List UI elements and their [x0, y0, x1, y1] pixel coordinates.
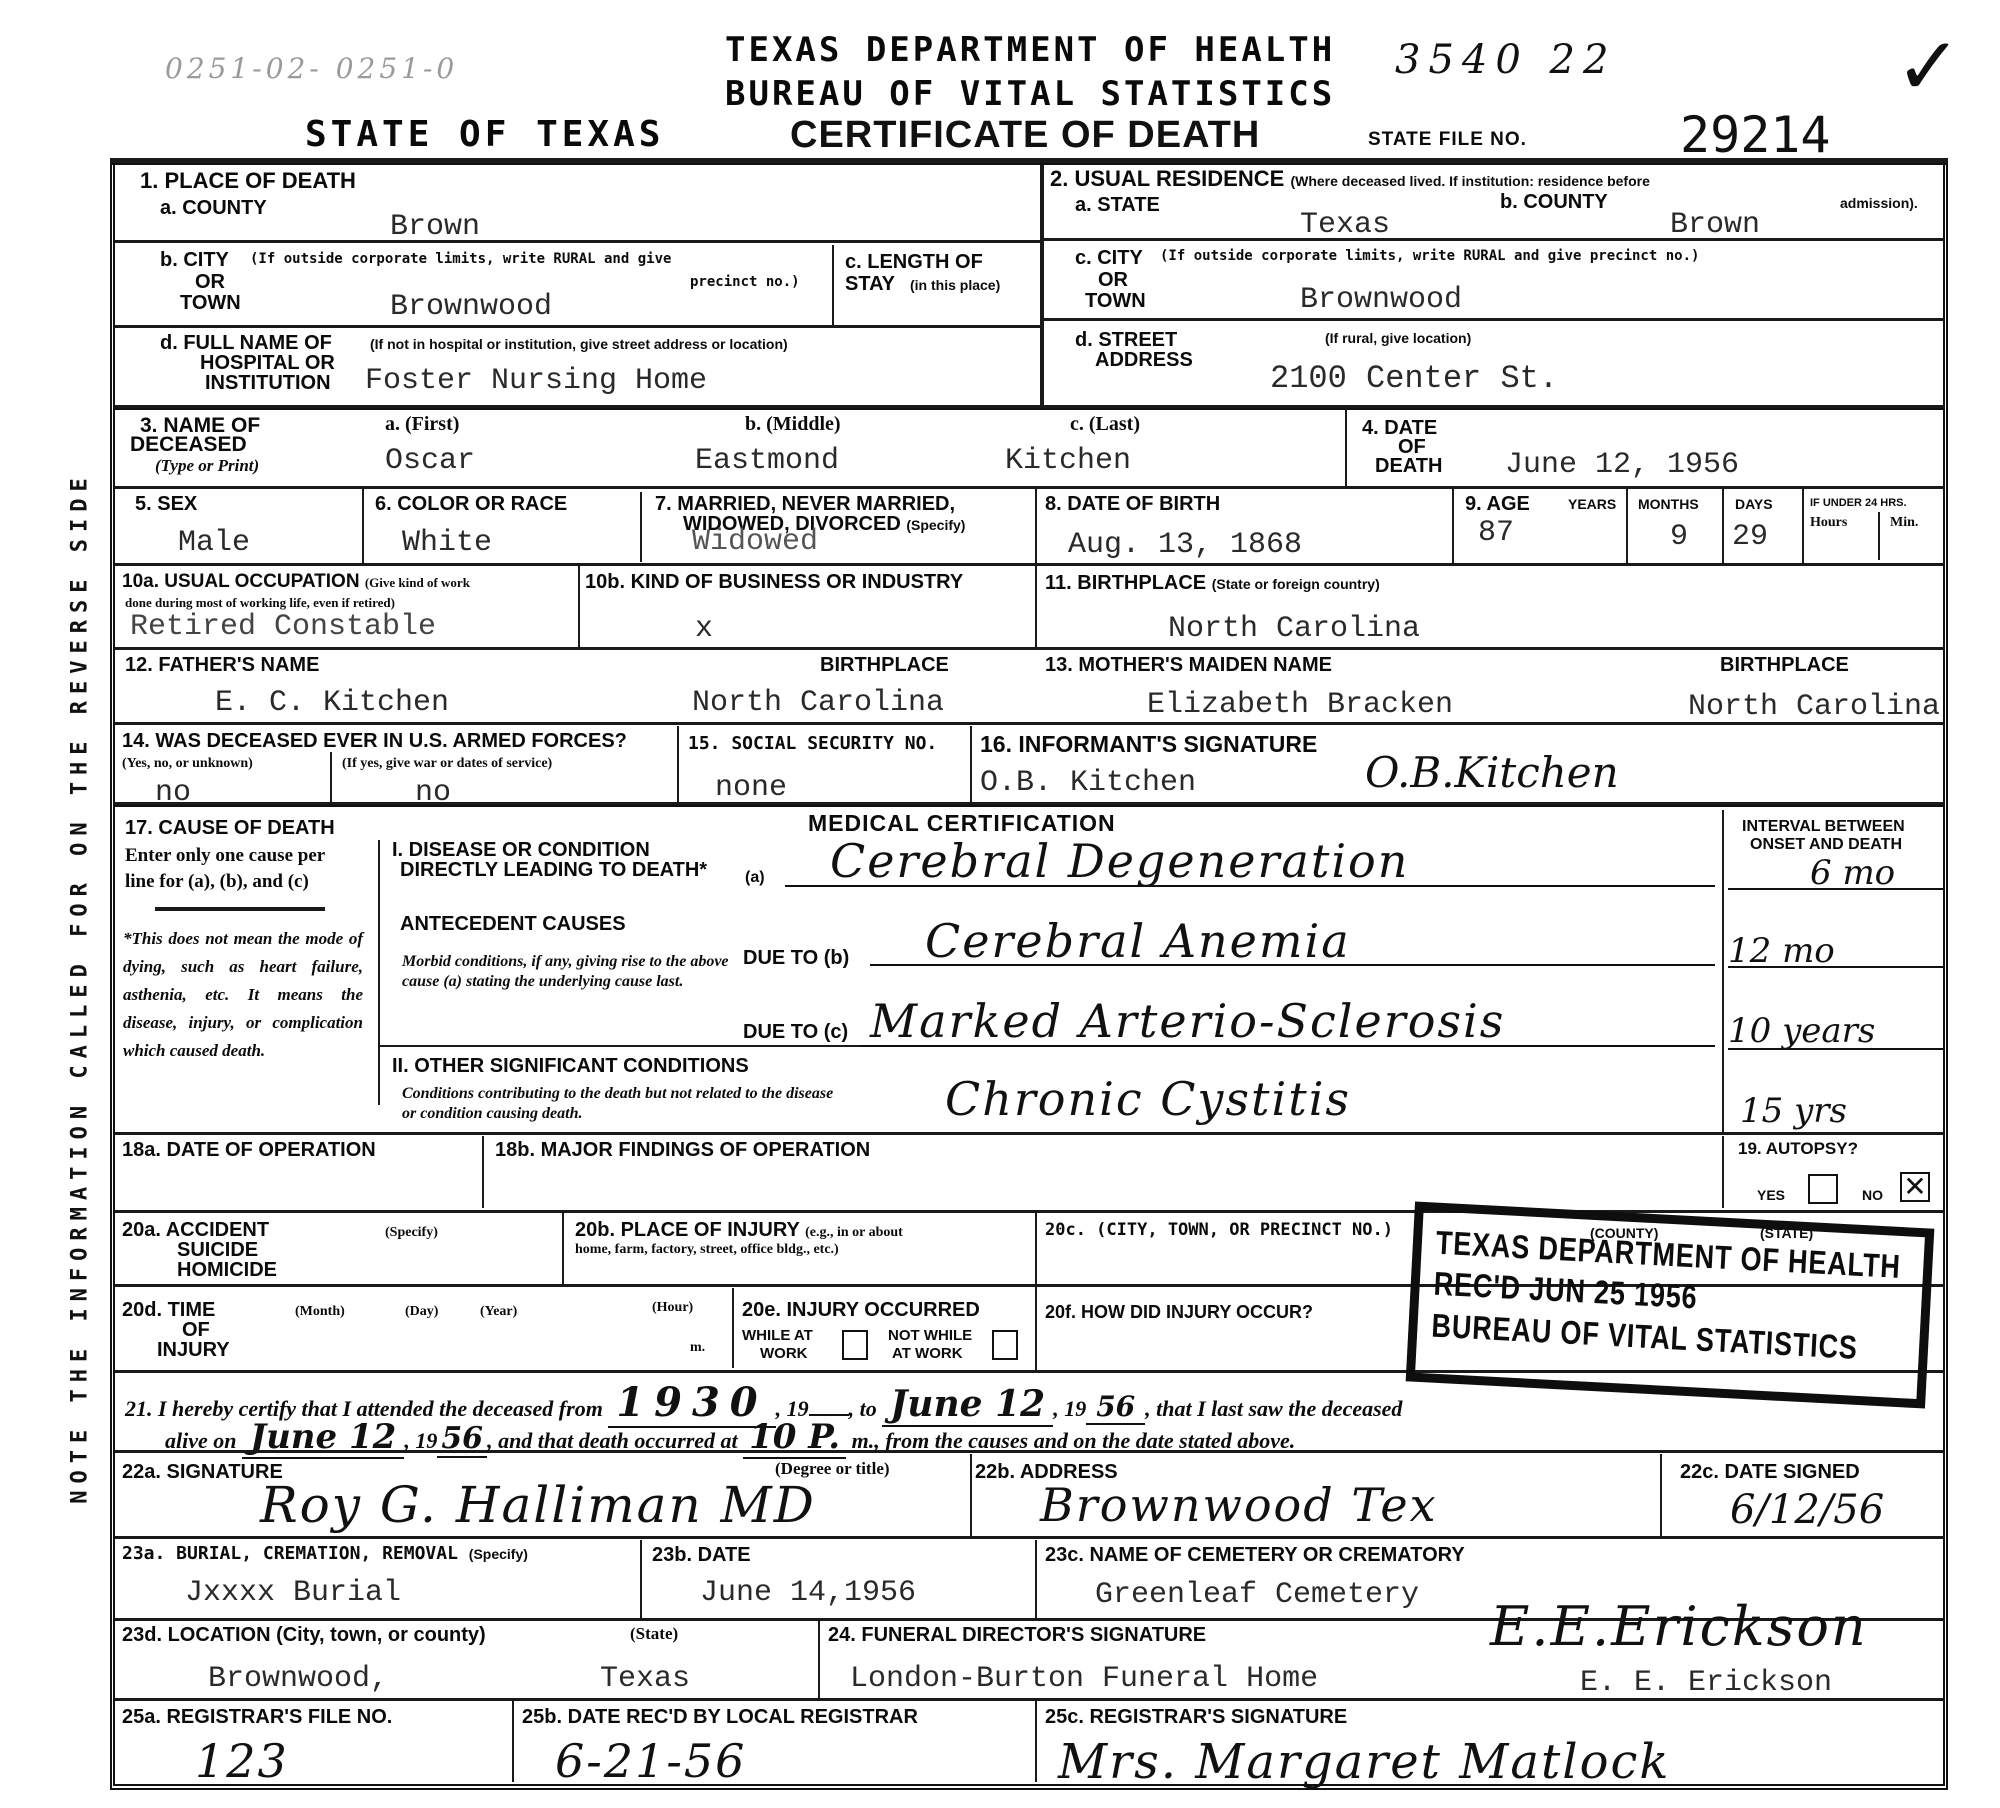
antecedent-note: Morbid conditions, if any, giving rise t…	[402, 952, 742, 992]
business-value: x	[695, 614, 713, 644]
not-while-at-work-label-2: AT WORK	[892, 1346, 963, 1363]
registrar-file-value: 123	[195, 1738, 289, 1784]
autopsy-yes-label: YES	[1757, 1188, 1785, 1203]
city-or-label: OR	[195, 272, 225, 292]
state-title: STATE OF TEXAS	[305, 114, 664, 155]
date-of-death-value: June 12, 1956	[1505, 450, 1739, 480]
funeral-director-signature: E.E.Erickson	[1490, 1600, 1868, 1654]
cause-instruction-1: Enter only one cause per	[125, 846, 325, 865]
city-note-2: precinct no.)	[690, 275, 800, 290]
name-label-3: (Type or Print)	[155, 456, 259, 476]
first-name-label: a. (First)	[385, 414, 459, 434]
cause-of-death-label: 17. CAUSE OF DEATH	[125, 818, 335, 838]
divider	[512, 1700, 514, 1782]
residence-or-label: OR	[1098, 270, 1128, 290]
burial-location-city: Brownwood,	[208, 1664, 388, 1694]
under-24-label: IF UNDER 24 HRS.	[1810, 497, 1907, 509]
residence-city-note: (If outside corporate limits, write RURA…	[1160, 249, 1699, 264]
divider	[640, 1540, 642, 1618]
marital-label-1: 7. MARRIED, NEVER MARRIED,	[655, 494, 955, 514]
father-birthplace-label: BIRTHPLACE	[820, 655, 949, 675]
rule	[115, 563, 1945, 566]
not-while-at-work-label-1: NOT WHILE	[888, 1328, 972, 1345]
hospital-value: Foster Nursing Home	[365, 366, 707, 396]
rule	[380, 1045, 860, 1047]
certification-text-3: , to	[849, 1396, 877, 1421]
rule	[1044, 238, 1944, 241]
stay-label: STAY	[845, 274, 895, 294]
physician-address-value: Brownwood Tex	[1040, 1482, 1438, 1528]
middle-name-value: Eastmond	[695, 446, 839, 476]
race-value: White	[402, 528, 492, 558]
hospital-note: (If not in hospital or institution, give…	[370, 337, 788, 352]
local-registrar-date-label: 25b. DATE REC'D BY LOCAL REGISTRAR	[522, 1707, 918, 1727]
while-at-work-label-2: WORK	[760, 1346, 808, 1363]
divider	[1452, 488, 1454, 563]
date-of-death-label-1: 4. DATE	[1362, 418, 1437, 438]
county-label: a. COUNTY	[160, 198, 267, 218]
occupation-label-text: 10a. USUAL OCCUPATION	[122, 571, 360, 592]
name-label-2: DECEASED	[130, 434, 247, 455]
funeral-director-label: 24. FUNERAL DIRECTOR'S SIGNATURE	[828, 1625, 1206, 1645]
residence-state-label: a. STATE	[1075, 195, 1160, 215]
reverse-side-note: NOTE THE INFORMATION CALLED FOR ON THE R…	[68, 438, 93, 1538]
hospital-label-2: HOSPITAL OR	[200, 353, 335, 373]
rule	[115, 486, 1945, 489]
last-name-value: Kitchen	[1005, 446, 1131, 476]
cause-c-interval: 10 years	[1728, 1014, 1875, 1048]
medical-certification-label: MEDICAL CERTIFICATION	[808, 812, 1116, 835]
divider	[970, 726, 972, 802]
divider	[562, 1212, 564, 1284]
cause-a-line	[785, 885, 1715, 887]
disease-label-1: I. DISEASE OR CONDITION	[392, 840, 650, 860]
cemetery-value: Greenleaf Cemetery	[1095, 1580, 1419, 1610]
ssn-value: none	[715, 773, 787, 803]
mother-birthplace-value: North Carolina	[1688, 692, 1940, 722]
divider	[1626, 488, 1628, 563]
hospital-label-3: INSTITUTION	[205, 373, 331, 393]
usual-residence-note-2: admission).	[1840, 196, 1918, 211]
rule	[115, 240, 1040, 243]
usual-residence-label: 2. USUAL RESIDENCE (Where deceased lived…	[1050, 168, 1650, 190]
not-while-at-work-checkbox[interactable]	[992, 1330, 1018, 1360]
birthplace-note: (State or foreign country)	[1212, 576, 1380, 592]
divider	[482, 1136, 484, 1208]
mother-birthplace-label: BIRTHPLACE	[1720, 655, 1849, 675]
length-of-stay-label: c. LENGTH OF	[845, 252, 983, 272]
certification-text-5: , that I last saw the deceased	[1145, 1396, 1402, 1421]
burial-location-label: 23d. LOCATION (City, town, or county)	[122, 1625, 486, 1645]
rule	[115, 1450, 1945, 1453]
rule	[115, 325, 1040, 328]
age-years-value: 87	[1478, 518, 1514, 548]
interval-label-2: ONSET AND DEATH	[1750, 836, 1902, 854]
divider	[1035, 1212, 1037, 1370]
race-label: 6. COLOR OR RACE	[375, 494, 567, 514]
top-rule	[110, 158, 1948, 165]
armed-forces-note: (Yes, no, or unknown)	[122, 756, 253, 771]
residence-county-value: Brown	[1670, 210, 1760, 240]
city-label: b. CITY	[160, 250, 229, 270]
father-birthplace-value: North Carolina	[692, 688, 944, 718]
months-label: MONTHS	[1638, 497, 1699, 512]
city-town-label: TOWN	[180, 293, 241, 313]
injury-place-note-1: (e.g., in or about	[805, 1225, 903, 1240]
burial-method-label: 23a. BURIAL, CREMATION, REMOVAL (Specify…	[122, 1545, 528, 1563]
cemetery-label: 23c. NAME OF CEMETERY OR CREMATORY	[1045, 1545, 1465, 1565]
burial-date-value: June 14,1956	[700, 1578, 916, 1608]
disease-label-2: DIRECTLY LEADING TO DEATH*	[400, 860, 707, 880]
usual-residence-note: (Where deceased lived. If institution: r…	[1290, 173, 1649, 189]
cause-instruction-2: line for (a), (b), and (c)	[125, 872, 309, 891]
years-label: YEARS	[1568, 497, 1616, 512]
cause-b-line	[870, 964, 1715, 966]
injury-type-label-3: HOMICIDE	[177, 1260, 277, 1280]
occupation-note-2: done during most of working life, even i…	[125, 596, 395, 610]
divider	[362, 488, 364, 563]
birthplace-label-text: 11. BIRTHPLACE	[1045, 572, 1206, 594]
physician-signature-label: 22a. SIGNATURE	[122, 1462, 283, 1482]
interval-line	[1728, 1048, 1943, 1050]
divider	[732, 1288, 734, 1368]
divider	[1722, 1136, 1724, 1208]
injury-place-note-2: home, farm, factory, street, office bldg…	[575, 1242, 839, 1257]
other-interval: 15 yrs	[1740, 1094, 1847, 1128]
registrar-file-label: 25a. REGISTRAR'S FILE NO.	[122, 1707, 392, 1727]
death-city-value: Brownwood	[390, 292, 552, 322]
city-note: (If outside corporate limits, write RURA…	[250, 252, 671, 267]
injury-type-label-2: SUICIDE	[177, 1240, 258, 1260]
rule	[1044, 318, 1944, 321]
residence-county-label: b. COUNTY	[1500, 192, 1608, 212]
injury-place-label: 20b. PLACE OF INJURY (e.g., in or about	[575, 1220, 903, 1240]
divider	[1035, 488, 1037, 648]
marital-specify: (Specify)	[906, 517, 965, 533]
date-of-birth-label: 8. DATE OF BIRTH	[1045, 494, 1220, 514]
divider	[677, 726, 679, 802]
divider	[1802, 488, 1804, 563]
divider	[970, 1454, 972, 1536]
divider	[378, 840, 380, 1105]
department-line-2: BUREAU OF VITAL STATISTICS	[725, 74, 1335, 114]
divider	[330, 752, 332, 802]
am-pm-label: m.	[690, 1340, 705, 1355]
state-file-label: STATE FILE NO.	[1368, 130, 1527, 149]
rule	[115, 802, 1945, 807]
injury-type-label-1: 20a. ACCIDENT	[122, 1220, 269, 1240]
hours-label: Hours	[1810, 515, 1847, 530]
how-injury-label: 20f. HOW DID INJURY OCCUR?	[1045, 1303, 1313, 1321]
time-of-injury-label-1: 20d. TIME	[122, 1300, 215, 1320]
certification-text-4: , 19	[1053, 1396, 1086, 1421]
cause-b-value: Cerebral Anemia	[925, 918, 1351, 964]
residence-state-value: Texas	[1300, 210, 1390, 240]
usual-residence-title: 2. USUAL RESIDENCE	[1050, 166, 1284, 191]
date-of-birth-value: Aug. 13, 1868	[1068, 530, 1302, 560]
pencil-annotation: 0251-02- 0251-0	[165, 52, 458, 85]
handwritten-reference-number: 3540 22	[1395, 40, 1616, 80]
certificate-title: CERTIFICATE OF DEATH	[790, 114, 1260, 157]
divider-1-2	[1040, 165, 1044, 405]
hospital-label-1: d. FULL NAME OF	[160, 333, 332, 353]
birthplace-label: 11. BIRTHPLACE (State or foreign country…	[1045, 573, 1380, 593]
street-label-1: d. STREET	[1075, 330, 1177, 350]
informant-label: 16. INFORMANT'S SIGNATURE	[980, 733, 1317, 756]
cause-b-label: DUE TO (b)	[743, 948, 849, 968]
department-line-1: TEXAS DEPARTMENT OF HEALTH	[725, 30, 1335, 70]
last-name-label: c. (Last)	[1070, 414, 1140, 434]
while-at-work-checkbox[interactable]	[842, 1330, 868, 1360]
year-label: (Year)	[480, 1304, 517, 1319]
registrar-signature: Mrs. Margaret Matlock	[1058, 1738, 1670, 1786]
cause-a-label: (a)	[745, 869, 765, 887]
stay-note: (in this place)	[910, 278, 1000, 293]
cause-a-value: Cerebral Degeneration	[830, 838, 1409, 884]
marital-value: Widowed	[692, 527, 818, 557]
cause-a-interval: 6 mo	[1810, 856, 1895, 890]
sex-label: 5. SEX	[135, 494, 197, 514]
divider	[1035, 1540, 1037, 1618]
rule	[155, 907, 325, 911]
funeral-home-value: London-Burton Funeral Home	[850, 1664, 1318, 1694]
rule	[115, 722, 1945, 725]
residence-city-label: c. CITY	[1075, 248, 1143, 268]
divider	[1660, 1454, 1662, 1536]
while-at-work-label-1: WHILE AT	[742, 1328, 813, 1345]
death-county-value: Brown	[390, 212, 480, 242]
autopsy-label: 19. AUTOPSY?	[1738, 1140, 1858, 1159]
other-conditions-value: Chronic Cystitis	[945, 1076, 1351, 1122]
injury-place-label-text: 20b. PLACE OF INJURY	[575, 1219, 800, 1241]
injury-specify-label: (Specify)	[385, 1225, 438, 1240]
time-of-injury-label-2: OF	[182, 1320, 210, 1340]
age-months-value: 9	[1670, 522, 1688, 552]
street-value: 2100 Center St.	[1270, 363, 1558, 395]
local-registrar-date-value: 6-21-56	[555, 1738, 746, 1784]
operation-date-label: 18a. DATE OF OPERATION	[122, 1140, 376, 1160]
rule	[115, 1698, 1945, 1701]
other-conditions-label: II. OTHER SIGNIFICANT CONDITIONS	[392, 1056, 749, 1076]
hour-label: (Hour)	[652, 1300, 693, 1315]
burial-date-label: 23b. DATE	[652, 1545, 751, 1565]
date-signed-value: 6/12/56	[1730, 1490, 1884, 1530]
burial-specify: (Specify)	[469, 1546, 528, 1562]
mother-name-value: Elizabeth Bracken	[1147, 690, 1453, 720]
residence-city-value: Brownwood	[1300, 285, 1462, 315]
business-label: 10b. KIND OF BUSINESS OR INDUSTRY	[585, 572, 963, 592]
injury-city-label: 20c. (CITY, TOWN, OR PRECINCT NO.)	[1045, 1222, 1393, 1239]
physician-signature: Roy G. Halliman MD	[260, 1480, 816, 1530]
birthplace-value: North Carolina	[1168, 614, 1420, 644]
divider	[1722, 810, 1724, 1135]
divider	[1722, 488, 1724, 563]
burial-state-label: (State)	[630, 1625, 678, 1644]
street-label-2: ADDRESS	[1095, 350, 1193, 370]
interval-line	[1728, 966, 1943, 968]
rule	[115, 1210, 1945, 1213]
interval-line	[1728, 888, 1943, 890]
armed-forces-label: 14. WAS DECEASED EVER IN U.S. ARMED FORC…	[122, 731, 627, 751]
residence-town-label: TOWN	[1085, 291, 1146, 311]
divider	[1345, 408, 1347, 486]
age-days-value: 29	[1732, 522, 1768, 552]
divider	[818, 1620, 820, 1698]
burial-method-value: Jxxxx Burial	[185, 1578, 401, 1608]
injury-occurred-label: 20e. INJURY OCCURRED	[742, 1300, 980, 1320]
cause-b-interval: 12 mo	[1728, 934, 1835, 968]
rule	[115, 647, 1945, 650]
occupation-label: 10a. USUAL OCCUPATION (Give kind of work	[122, 572, 470, 591]
day-label: (Day)	[405, 1304, 438, 1319]
cause-c-value: Marked Arterio-Sclerosis	[870, 998, 1505, 1044]
received-stamp: TEXAS DEPARTMENT OF HEALTH REC'D JUN 25 …	[1406, 1202, 1935, 1409]
first-name-value: Oscar	[385, 446, 475, 476]
funeral-director-typed-name: E. E. Erickson	[1580, 1668, 1832, 1698]
autopsy-no-label: NO	[1862, 1188, 1883, 1203]
occupation-note-1: (Give kind of work	[365, 575, 470, 590]
informant-signature: O.B.Kitchen	[1365, 752, 1619, 794]
registrar-signature-label: 25c. REGISTRAR'S SIGNATURE	[1045, 1707, 1347, 1727]
cause-c-label: DUE TO (c)	[743, 1022, 848, 1042]
operation-findings-label: 18b. MAJOR FINDINGS OF OPERATION	[495, 1140, 870, 1160]
date-of-death-label-2: OF	[1398, 437, 1426, 457]
street-note: (If rural, give location)	[1325, 331, 1471, 346]
rule	[115, 1536, 1945, 1539]
time-of-injury-label-3: INJURY	[157, 1340, 230, 1360]
divider	[640, 492, 642, 562]
divider	[578, 565, 580, 647]
war-service-note: (If yes, give war or dates of service)	[342, 756, 552, 771]
antecedent-label: ANTECEDENT CAUSES	[400, 914, 626, 934]
burial-location-state: Texas	[600, 1664, 690, 1694]
divider	[1878, 512, 1880, 560]
middle-name-label: b. (Middle)	[745, 414, 841, 434]
age-label: 9. AGE	[1465, 494, 1530, 514]
ssn-label: 15. SOCIAL SECURITY NO.	[688, 735, 937, 753]
father-name-label: 12. FATHER'S NAME	[115, 655, 319, 675]
burial-method-label-text: 23a. BURIAL, CREMATION, REMOVAL	[122, 1543, 458, 1564]
state-file-number: 29214	[1680, 106, 1831, 164]
mother-name-label: 13. MOTHER'S MAIDEN NAME	[1045, 655, 1332, 675]
father-name-value: E. C. Kitchen	[215, 688, 449, 718]
checkmark-icon: ✓	[1895, 20, 1962, 113]
min-label: Min.	[1890, 515, 1918, 530]
rule	[115, 1132, 1945, 1135]
place-of-death-label: 1. PLACE OF DEATH	[140, 170, 356, 192]
divider	[1035, 1700, 1037, 1782]
divider	[832, 245, 834, 325]
month-label: (Month)	[295, 1304, 345, 1319]
autopsy-no-checkbox-checked[interactable]: ✕	[1900, 1172, 1930, 1202]
sex-value: Male	[178, 528, 250, 558]
cause-footnote: *This does not mean the mode of dying, s…	[123, 925, 363, 1065]
cause-c-line	[860, 1045, 1715, 1047]
date-signed-label: 22c. DATE SIGNED	[1680, 1462, 1860, 1482]
interval-label-1: INTERVAL BETWEEN	[1742, 818, 1905, 836]
date-of-death-label-3: DEATH	[1375, 456, 1442, 476]
occupation-value: Retired Constable	[130, 612, 436, 642]
rule	[115, 405, 1945, 410]
informant-typed-name: O.B. Kitchen	[980, 768, 1196, 798]
days-label: DAYS	[1735, 497, 1773, 512]
autopsy-yes-checkbox[interactable]	[1808, 1174, 1838, 1204]
other-conditions-note: Conditions contributing to the death but…	[402, 1084, 842, 1124]
